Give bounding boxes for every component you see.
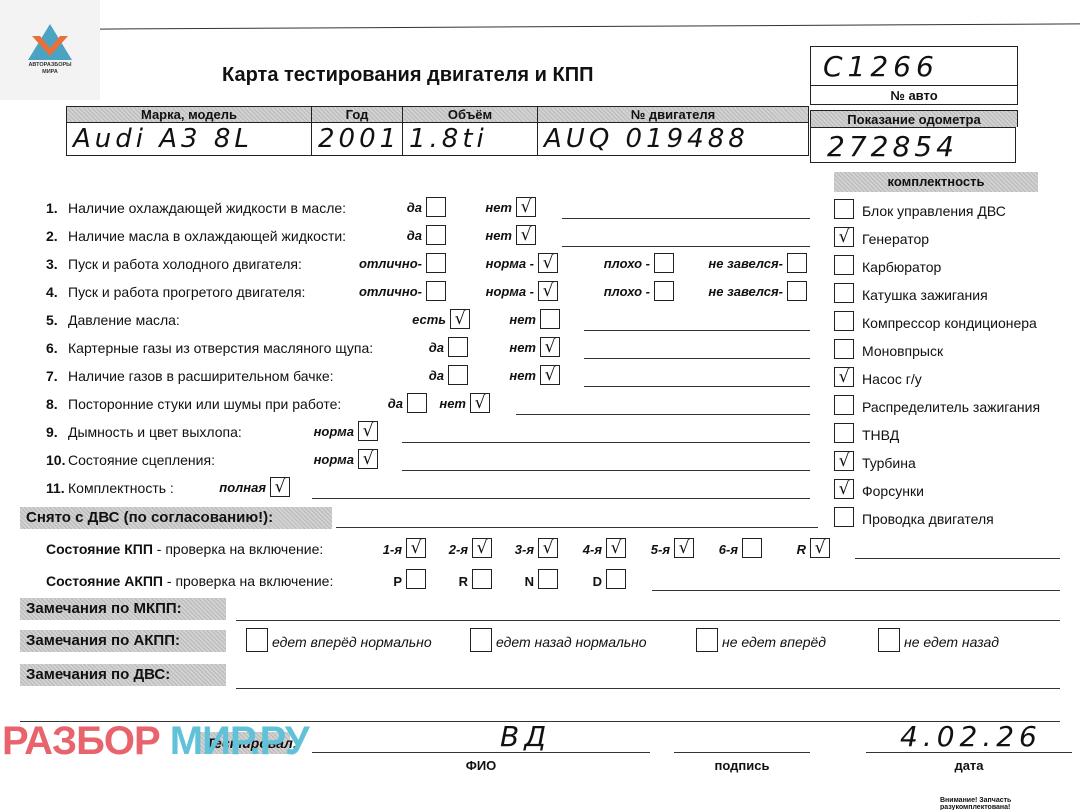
question-number: 8. — [46, 396, 58, 412]
date-label: дата — [866, 758, 1072, 773]
question-number: 9. — [46, 424, 58, 440]
question-text: Пуск и работа холодного двигателя: — [68, 256, 302, 272]
akpp-remark-checkbox[interactable] — [696, 628, 718, 652]
answer-line[interactable] — [562, 246, 810, 247]
remarks-dvs-line[interactable] — [236, 688, 1060, 689]
checkbox[interactable]: √ — [470, 393, 490, 413]
question-number: 4. — [46, 284, 58, 300]
page-title: Карта тестирования двигателя и КПП — [222, 64, 593, 87]
question-number: 5. — [46, 312, 58, 328]
option-label: плохо - — [564, 256, 650, 271]
signature-line[interactable] — [674, 752, 810, 753]
akpp-remark-checkbox[interactable] — [878, 628, 900, 652]
col-volume-label: Объём — [403, 107, 538, 123]
gear-checkbox[interactable]: √ — [674, 538, 694, 558]
fio-label: ФИО — [312, 758, 650, 773]
option-label: да — [358, 368, 444, 383]
col-year-label: Год — [312, 107, 403, 123]
checkbox[interactable]: √ — [540, 337, 560, 357]
kpp-label-rest: - проверка на включение: — [153, 541, 323, 557]
gear-label: 5-я — [634, 542, 670, 557]
kpp-label-bold: Состояние КПП — [46, 541, 153, 557]
year-field[interactable]: 2001 — [312, 123, 403, 156]
checkbox[interactable]: √ — [516, 225, 536, 245]
checkbox[interactable]: √ — [538, 281, 558, 301]
option-label: полная — [180, 480, 266, 495]
question-number: 7. — [46, 368, 58, 384]
option-label: да — [336, 200, 422, 215]
question-text: Наличие масла в охлаждающей жидкости: — [68, 228, 346, 244]
watermark-part2: МИР.РУ — [170, 719, 309, 763]
odometer-field[interactable]: 272854 — [810, 127, 1016, 163]
gear-checkbox[interactable]: √ — [606, 538, 626, 558]
option-label: плохо - — [564, 284, 650, 299]
removed-label: Снято с ДВС (по согласованию!): — [20, 507, 332, 529]
checkbox[interactable]: √ — [538, 253, 558, 273]
checkbox[interactable] — [426, 253, 446, 273]
removed-line[interactable] — [336, 527, 818, 528]
komplektnost-item: Насос г/у — [862, 371, 922, 387]
question-text: Картерные газы из отверстия масляного щу… — [68, 340, 373, 356]
komplektnost-item: Блок управления ДВС — [862, 203, 1006, 219]
date-value[interactable]: 4.02.26 — [900, 720, 1042, 753]
option-label: нет — [426, 228, 512, 243]
komplektnost-checkbox[interactable]: √ — [834, 227, 854, 247]
avto-number-box: C1266 № авто — [810, 46, 1018, 105]
engine-number-field[interactable]: AUQ 019488 — [538, 123, 809, 156]
mode-label: R — [452, 574, 468, 589]
checkbox[interactable]: √ — [358, 421, 378, 441]
komplektnost-checkbox[interactable]: √ — [834, 451, 854, 471]
question-text: Состояние сцепления: — [68, 452, 215, 468]
question-text: Дымность и цвет выхлопа: — [68, 424, 242, 440]
option-label: отлично- — [336, 256, 422, 271]
gear-checkbox[interactable] — [742, 538, 762, 558]
footer-note: Внимание! Запчасть разукомплектована! — [940, 797, 1080, 810]
question-text: Давление масла: — [68, 312, 180, 328]
komplektnost-item: Моновпрыск — [862, 343, 943, 359]
answer-line[interactable] — [584, 386, 810, 387]
gear-label: R — [770, 542, 806, 557]
question-text: Посторонние стуки или шумы при работе: — [68, 396, 341, 412]
option-label: норма - — [448, 256, 534, 271]
komplektnost-header: комплектность — [834, 172, 1038, 192]
make-field[interactable]: Audi A3 8L — [67, 123, 312, 156]
kpp-label: Состояние КПП - проверка на включение: — [46, 541, 323, 557]
option-label: да — [336, 228, 422, 243]
komplektnost-checkbox[interactable] — [834, 339, 854, 359]
remarks-dvs-label: Замечания по ДВС: — [20, 664, 226, 686]
answer-line[interactable] — [516, 414, 810, 415]
option-label: не завелся- — [697, 256, 783, 271]
option-label: нет — [380, 396, 466, 411]
akpp-label-bold: Состояние АКПП — [46, 573, 163, 589]
logo-text: АВТОРАЗБОРЫ МИРА — [10, 62, 90, 76]
komplektnost-item: ТНВД — [862, 427, 899, 443]
question-text: Наличие газов в расширительном бачке: — [68, 368, 334, 384]
question-text: Пуск и работа прогретого двигателя: — [68, 284, 305, 300]
akpp-remark-checkbox[interactable] — [470, 628, 492, 652]
option-label: норма — [268, 452, 354, 467]
gear-checkbox[interactable]: √ — [538, 538, 558, 558]
komplektnost-checkbox[interactable] — [834, 311, 854, 331]
komplektnost-checkbox[interactable] — [834, 255, 854, 275]
option-label: нет — [450, 368, 536, 383]
komplektnost-item: Распределитель зажигания — [862, 399, 1040, 415]
mode-label: P — [386, 574, 402, 589]
question-number: 6. — [46, 340, 58, 356]
akpp-label-rest: - проверка на включение: — [163, 573, 333, 589]
komplektnost-item: Проводка двигателя — [862, 511, 994, 527]
akpp-line[interactable] — [652, 590, 1060, 591]
mode-checkbox[interactable] — [472, 569, 492, 589]
question-number: 3. — [46, 256, 58, 272]
mode-checkbox[interactable] — [406, 569, 426, 589]
option-label: нет — [450, 340, 536, 355]
gear-label: 1-я — [366, 542, 402, 557]
komplektnost-item: Компрессор кондиционера — [862, 315, 1037, 331]
komplektnost-checkbox[interactable]: √ — [834, 367, 854, 387]
mode-label: N — [518, 574, 534, 589]
checkbox[interactable] — [426, 281, 446, 301]
checkbox[interactable] — [787, 253, 807, 273]
akpp-remark-label: едет назад нормально — [496, 634, 647, 650]
checkbox[interactable]: √ — [358, 449, 378, 469]
akpp-remark-label: едет вперёд нормально — [272, 634, 432, 650]
checkbox[interactable] — [540, 309, 560, 329]
gear-label: 4-я — [566, 542, 602, 557]
checkbox[interactable]: √ — [270, 477, 290, 497]
checkbox[interactable] — [654, 281, 674, 301]
akpp-remark-label: не едет назад — [904, 634, 999, 650]
odometer-label: Показание одометра — [810, 110, 1018, 127]
checkbox[interactable]: √ — [540, 365, 560, 385]
col-engine-label: № двигателя — [538, 107, 809, 123]
answer-line[interactable] — [402, 442, 810, 443]
answer-line[interactable] — [584, 358, 810, 359]
mode-label: D — [586, 574, 602, 589]
komplektnost-item: Карбюратор — [862, 259, 941, 275]
col-make-label: Марка, модель — [67, 107, 312, 123]
watermark-part1: РАЗБОР — [2, 719, 170, 763]
answer-line[interactable] — [562, 218, 810, 219]
signature-label: подпись — [674, 758, 810, 773]
question-number: 1. — [46, 200, 58, 216]
komplektnost-checkbox[interactable] — [834, 395, 854, 415]
checkbox[interactable]: √ — [516, 197, 536, 217]
komplektnost-checkbox[interactable] — [834, 507, 854, 527]
komplektnost-checkbox[interactable]: √ — [834, 479, 854, 499]
akpp-remark-checkbox[interactable] — [246, 628, 268, 652]
question-number: 2. — [46, 228, 58, 244]
option-label: норма — [268, 424, 354, 439]
gear-label: 6-я — [702, 542, 738, 557]
komplektnost-checkbox[interactable] — [834, 199, 854, 219]
checkbox[interactable] — [787, 281, 807, 301]
divider — [100, 23, 1080, 29]
option-label: норма - — [448, 284, 534, 299]
option-label: есть — [360, 312, 446, 327]
question-number: 11. — [46, 480, 65, 496]
fio-line — [312, 752, 650, 753]
mode-checkbox[interactable] — [606, 569, 626, 589]
volume-field[interactable]: 1.8ti — [403, 123, 538, 156]
avto-number-label: № авто — [811, 86, 1017, 104]
komplektnost-checkbox[interactable] — [834, 423, 854, 443]
akpp-remark-label: не едет вперёд — [722, 634, 826, 650]
watermark: РАЗБОР МИР.РУ — [2, 716, 309, 766]
option-label: нет — [450, 312, 536, 327]
option-label: отлично- — [336, 284, 422, 299]
vehicle-info-table: Марка, модель Год Объём № двигателя Audi… — [66, 106, 809, 156]
kpp-line[interactable] — [855, 558, 1060, 559]
logo-line1: АВТОРАЗБОРЫ — [10, 62, 90, 69]
avto-number-field[interactable]: C1266 — [811, 47, 1017, 86]
answer-line[interactable] — [312, 498, 810, 499]
answer-line[interactable] — [402, 470, 810, 471]
question-number: 10. — [46, 452, 65, 468]
checkbox[interactable] — [654, 253, 674, 273]
gear-checkbox[interactable]: √ — [472, 538, 492, 558]
gear-label: 3-я — [498, 542, 534, 557]
gear-label: 2-я — [432, 542, 468, 557]
akpp-label: Состояние АКПП - проверка на включение: — [46, 573, 333, 589]
fio-value[interactable]: ВД — [500, 720, 551, 753]
remarks-akpp-label: Замечания по АКПП: — [20, 630, 226, 652]
komplektnost-checkbox[interactable] — [834, 283, 854, 303]
remarks-mkpp-label: Замечания по МКПП: — [20, 598, 226, 620]
question-text: Комплектность : — [68, 480, 174, 496]
gear-checkbox[interactable]: √ — [810, 538, 830, 558]
question-text: Наличие охлаждающей жидкости в масле: — [68, 200, 346, 216]
logo-icon — [26, 22, 74, 62]
gear-checkbox[interactable]: √ — [406, 538, 426, 558]
date-line — [866, 752, 1072, 753]
komplektnost-item: Катушка зажигания — [862, 287, 988, 303]
option-label: да — [358, 340, 444, 355]
answer-line[interactable] — [584, 330, 810, 331]
komplektnost-item: Турбина — [862, 455, 916, 471]
komplektnost-item: Генератор — [862, 231, 929, 247]
option-label: нет — [426, 200, 512, 215]
option-label: не завелся- — [697, 284, 783, 299]
logo-line2: МИРА — [10, 69, 90, 76]
mode-checkbox[interactable] — [538, 569, 558, 589]
komplektnost-item: Форсунки — [862, 483, 924, 499]
remarks-mkpp-line[interactable] — [236, 620, 1060, 621]
